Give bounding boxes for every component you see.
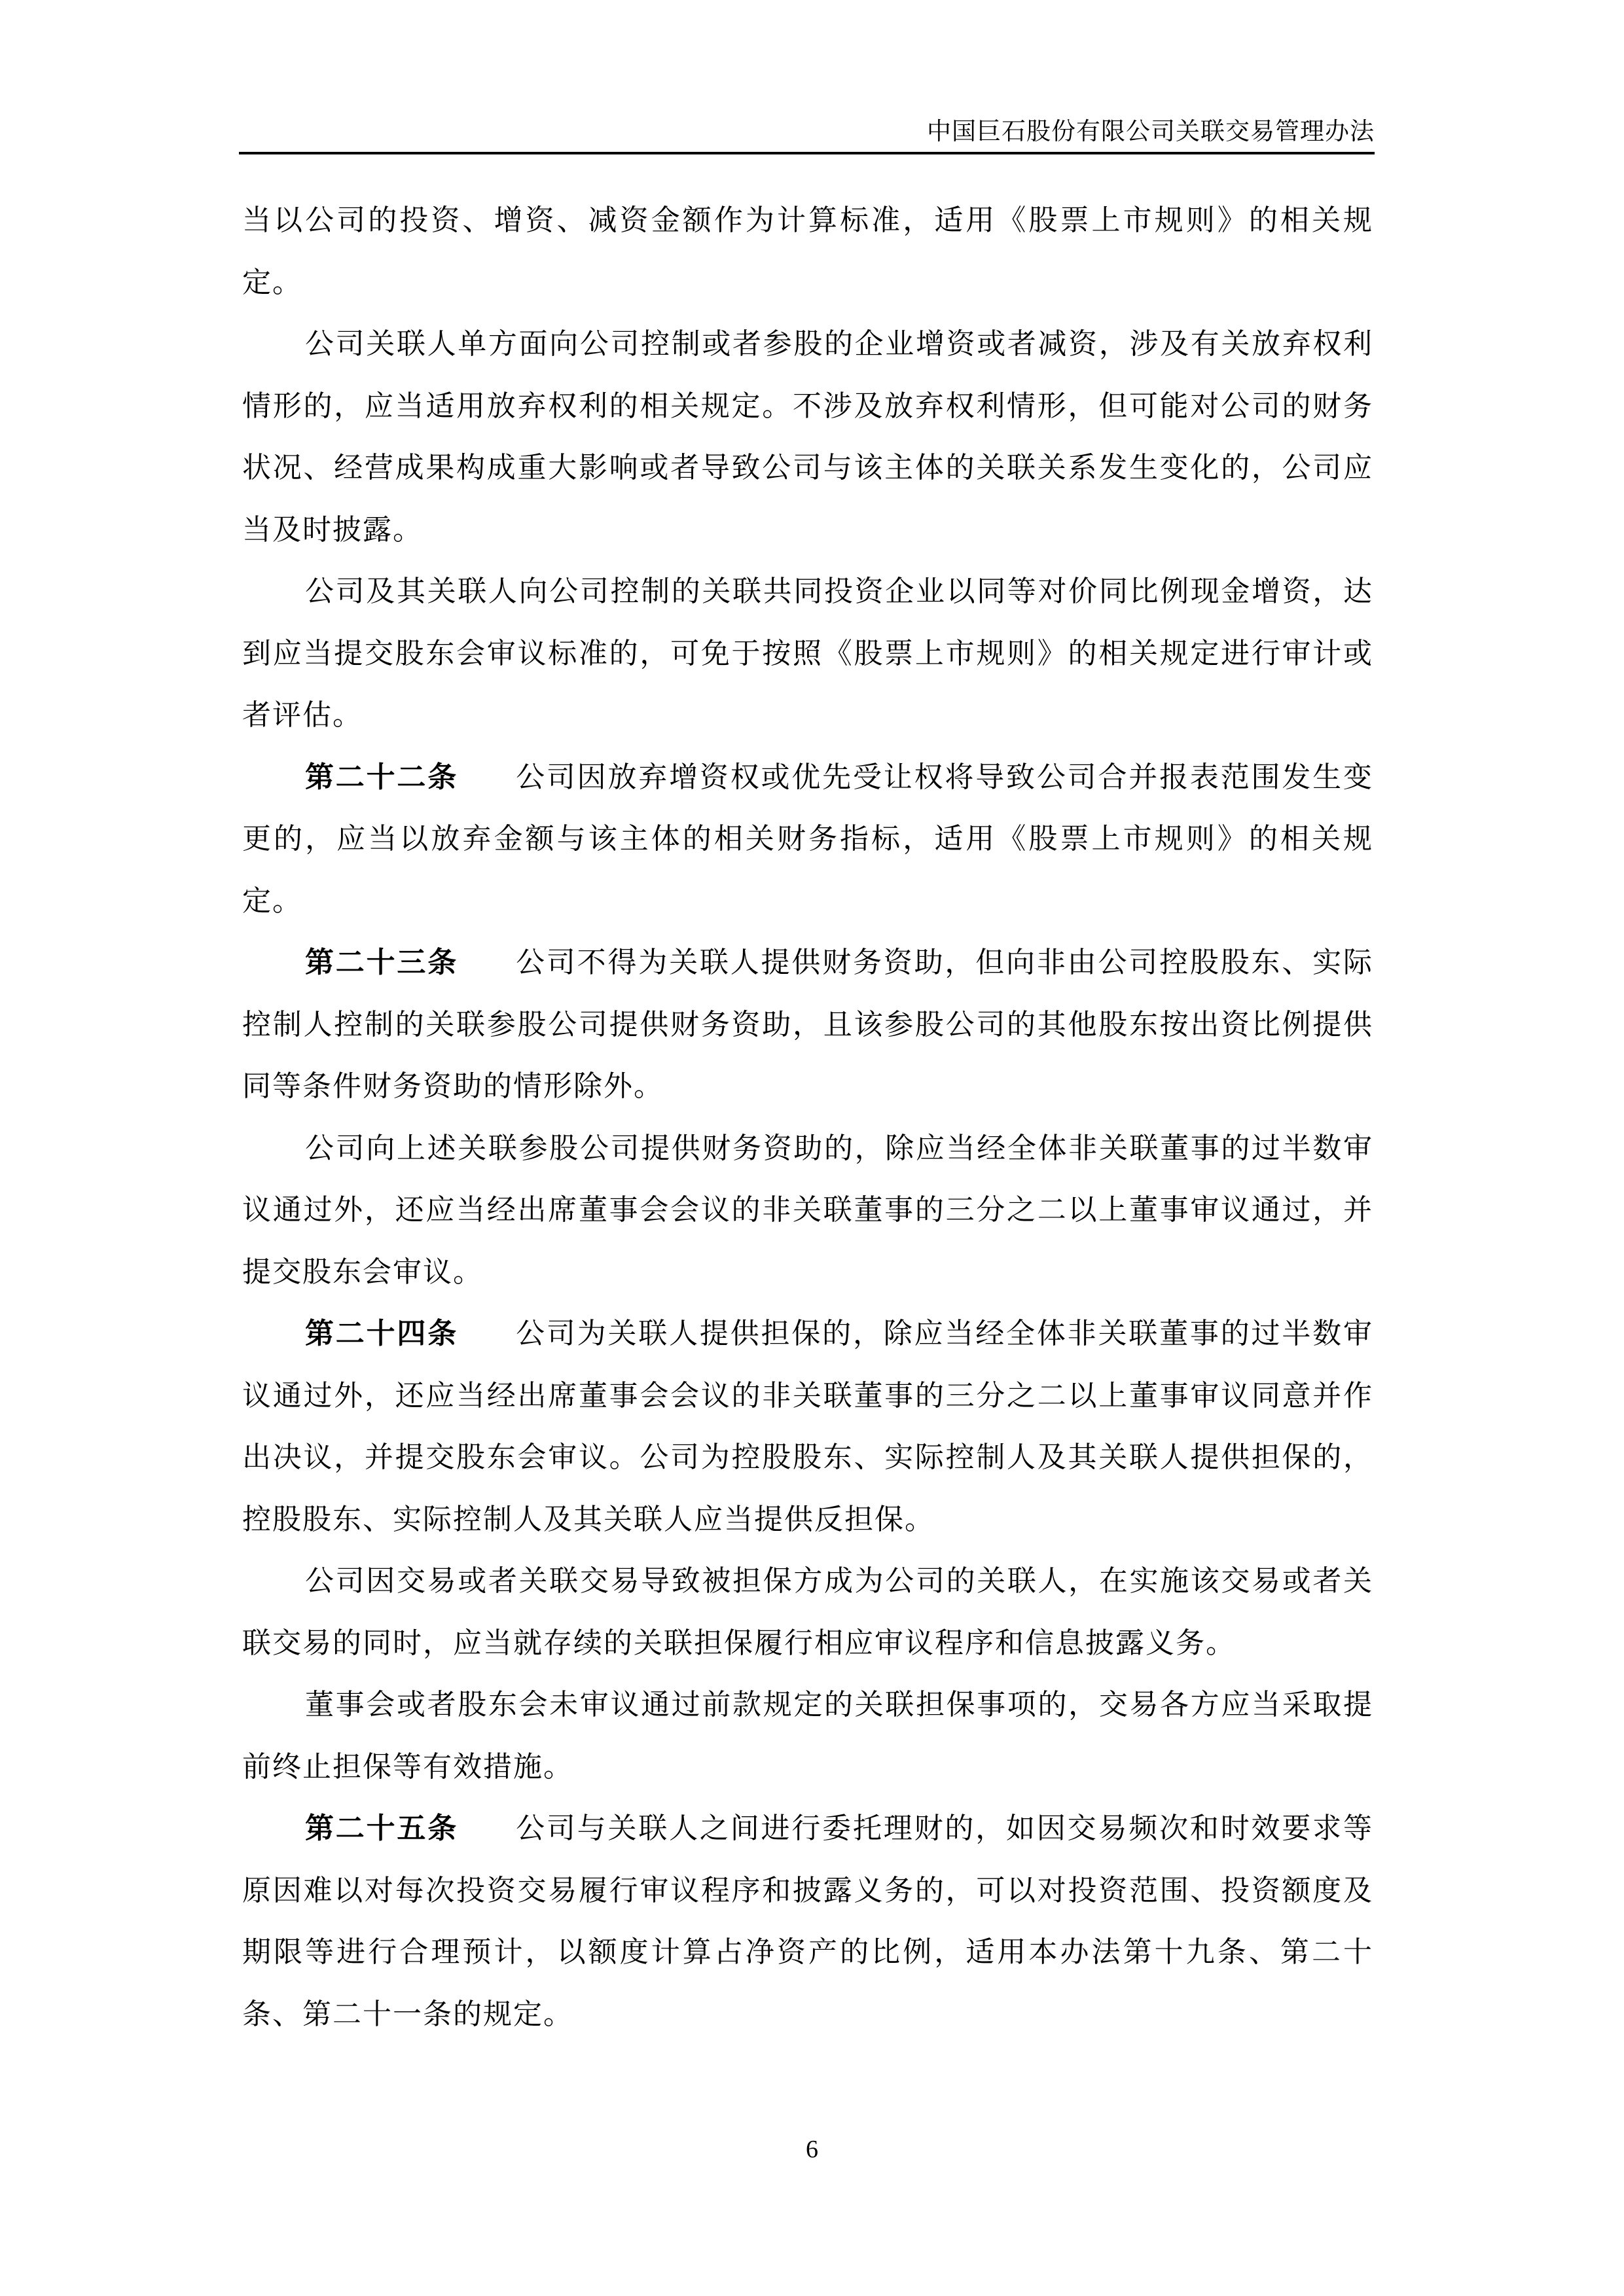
article-paragraph: 第二十五条公司与关联人之间进行委托理财的，如因交易频次和时效要求等原因难以对每次… (242, 1798, 1373, 2045)
paragraph: 公司关联人单方面向公司控制或者参股的企业增资或者减资，涉及有关放弃权利情形的，应… (242, 314, 1373, 561)
page-number: 6 (0, 2135, 1624, 2164)
paragraph: 董事会或者股东会未审议通过前款规定的关联担保事项的，交易各方应当采取提前终止担保… (242, 1674, 1373, 1798)
paragraph-text: 公司及其关联人向公司控制的关联共同投资企业以同等对价同比例现金增资，达到应当提交… (242, 575, 1373, 732)
article-paragraph: 第二十四条公司为关联人提供担保的，除应当经全体非关联董事的过半数审议通过外，还应… (242, 1303, 1373, 1551)
document-body: 当以公司的投资、增资、减资金额作为计算标准，适用《股票上市规则》的相关规定。 公… (242, 190, 1373, 2045)
document-title: 中国巨石股份有限公司关联交易管理办法 (927, 111, 1375, 147)
paragraph: 公司及其关联人向公司控制的关联共同投资企业以同等对价同比例现金增资，达到应当提交… (242, 561, 1373, 747)
article-number: 第二十二条 (305, 761, 458, 794)
paragraph: 公司因交易或者关联交易导致被担保方成为公司的关联人，在实施该交易或者关联交易的同… (242, 1551, 1373, 1674)
article-number: 第二十五条 (305, 1812, 458, 1845)
paragraph: 公司向上述关联参股公司提供财务资助的，除应当经全体非关联董事的过半数审议通过外，… (242, 1118, 1373, 1304)
paragraph-text: 公司向上述关联参股公司提供财务资助的，除应当经全体非关联董事的过半数审议通过外，… (242, 1132, 1373, 1289)
article-paragraph: 第二十三条公司不得为关联人提供财务资助，但向非由公司控股股东、实际控制人控制的关… (242, 932, 1373, 1118)
paragraph: 当以公司的投资、增资、减资金额作为计算标准，适用《股票上市规则》的相关规定。 (242, 190, 1373, 314)
paragraph-text: 公司因交易或者关联交易导致被担保方成为公司的关联人，在实施该交易或者关联交易的同… (242, 1564, 1373, 1660)
page-header: 中国巨石股份有限公司关联交易管理办法 (239, 105, 1375, 154)
article-number: 第二十三条 (305, 946, 458, 979)
article-number: 第二十四条 (305, 1317, 458, 1350)
article-paragraph: 第二十二条公司因放弃增资权或优先受让权将导致公司合并报表范围发生变更的，应当以放… (242, 747, 1373, 933)
paragraph-text: 董事会或者股东会未审议通过前款规定的关联担保事项的，交易各方应当采取提前终止担保… (242, 1688, 1373, 1784)
paragraph-text: 公司关联人单方面向公司控制或者参股的企业增资或者减资，涉及有关放弃权利情形的，应… (242, 327, 1373, 547)
paragraph-text: 当以公司的投资、增资、减资金额作为计算标准，适用《股票上市规则》的相关规定。 (242, 204, 1373, 299)
